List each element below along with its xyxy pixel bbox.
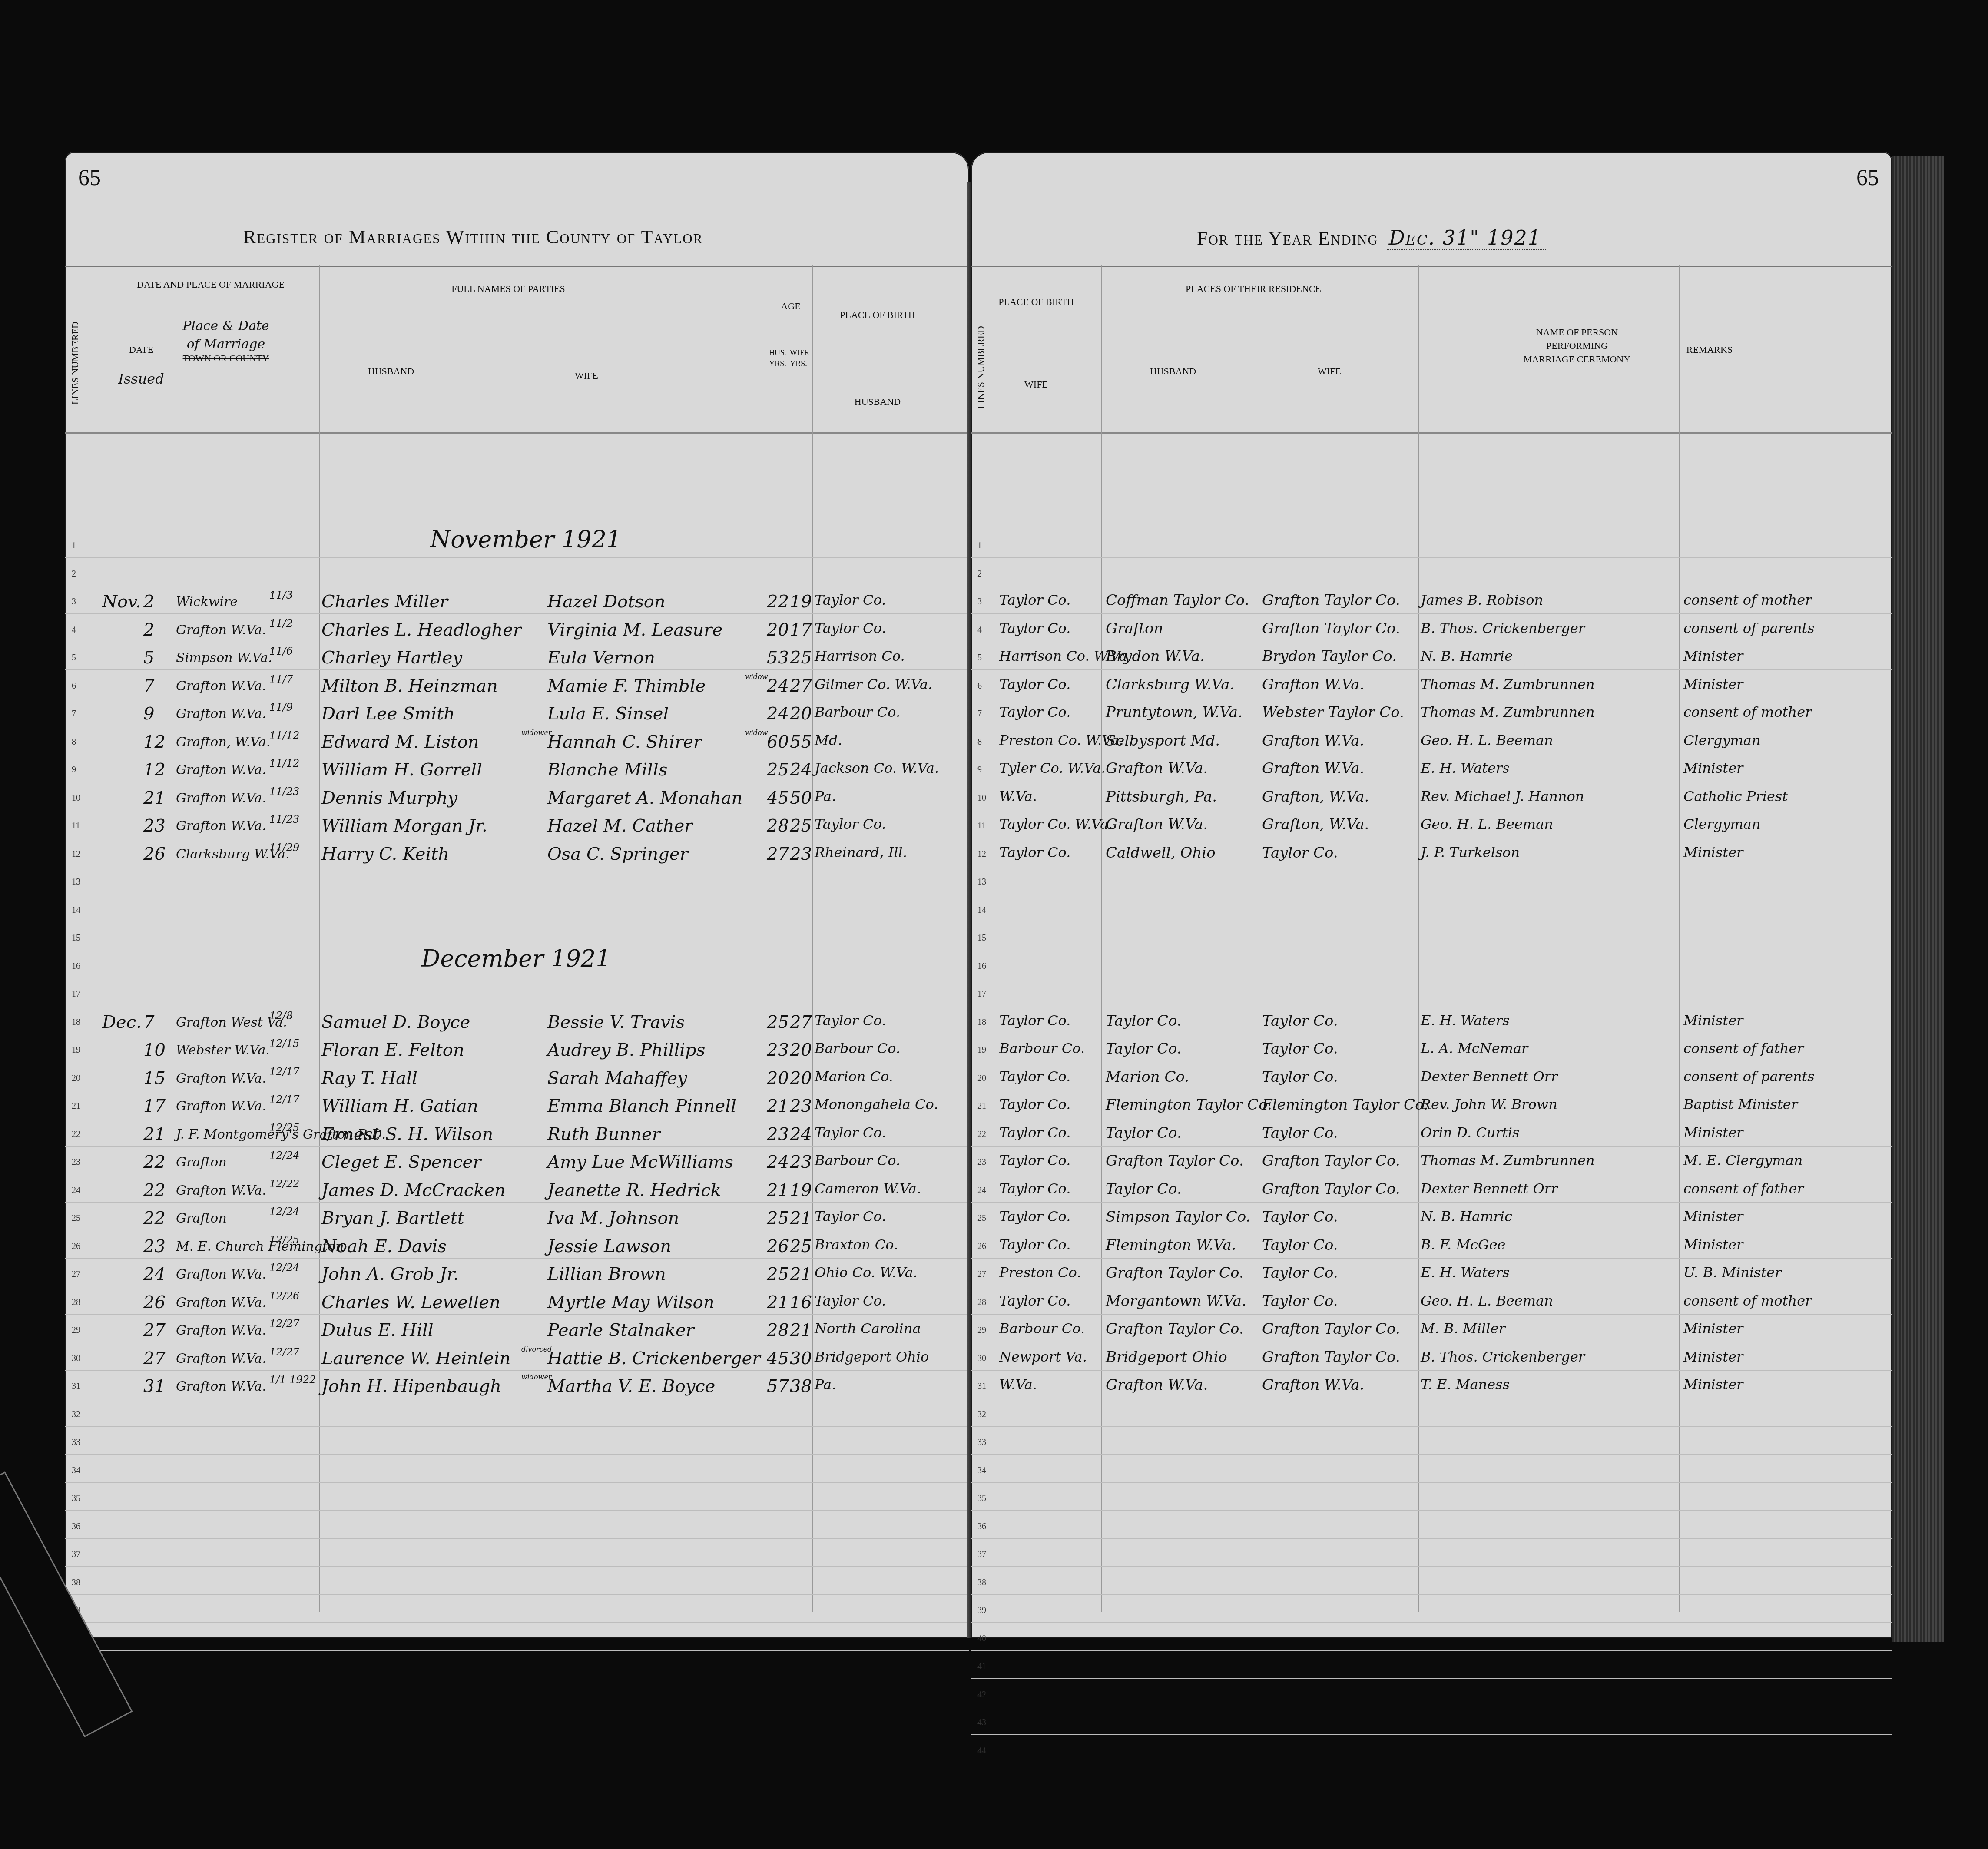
right-line-number: 39 (977, 1606, 986, 1616)
right-ruled-line: 31 (971, 1373, 1892, 1400)
left-line-number: 33 (72, 1438, 80, 1448)
left-line-number: 21 (72, 1101, 80, 1111)
right-lines-numbered-header: Lines Numbered (974, 326, 992, 409)
place-of-birth-wife-group-header: Place of Birth (997, 295, 1075, 309)
right-ruled-line: 32 (971, 1401, 1892, 1428)
right-header-band (971, 265, 1892, 434)
left-line-number: 19 (72, 1045, 80, 1055)
right-line-number: 17 (977, 989, 986, 999)
left-line-number: 8 (72, 737, 76, 747)
right-line-number: 32 (977, 1410, 986, 1420)
left-ruled-line: 22 (65, 1121, 969, 1148)
right-line-number: 35 (977, 1494, 986, 1504)
left-ruled-line: 37 (65, 1541, 969, 1568)
age-header: Age (773, 300, 808, 313)
right-line-number: 26 (977, 1242, 986, 1252)
right-line-number: 11 (977, 821, 986, 831)
right-ruled-line: 12 (971, 841, 1892, 868)
right-ruled-line: 11 (971, 812, 1892, 839)
right-line-number: 21 (977, 1101, 986, 1111)
left-line-number: 37 (72, 1550, 80, 1560)
right-page-number: 65 (1856, 165, 1879, 191)
left-line-number: 22 (72, 1130, 80, 1140)
place-of-birth-husband-header: Husband (821, 395, 934, 409)
left-line-number: 31 (72, 1382, 80, 1392)
left-line-number: 9 (72, 765, 76, 775)
book-page-edges (1892, 156, 1944, 1642)
date-header: Date (106, 343, 176, 357)
right-ruled-line: 9 (971, 756, 1892, 783)
right-ruled-line: 41 (971, 1653, 1892, 1680)
left-line-number: 29 (72, 1325, 80, 1335)
right-ruled-line: 40 (971, 1625, 1892, 1652)
left-line-number: 27 (72, 1269, 80, 1279)
right-ruled-line: 29 (971, 1317, 1892, 1344)
right-line-number: 9 (977, 765, 982, 775)
left-line-number: 32 (72, 1410, 80, 1420)
right-line-number: 19 (977, 1045, 986, 1055)
left-ruled-line: 18 (65, 1009, 969, 1036)
left-line-number: 1 (72, 541, 76, 551)
right-line-number: 5 (977, 653, 982, 663)
right-line-number: 10 (977, 793, 986, 803)
right-ruled-line: 28 (971, 1289, 1892, 1316)
right-line-number: 41 (977, 1662, 986, 1672)
place-date-note: Place & Date of Marriage (182, 317, 269, 354)
residence-husband-header: Husband (1119, 365, 1227, 378)
left-ruled-line: 14 (65, 897, 969, 924)
age-husband-header: Hus. Yrs. (769, 348, 786, 369)
right-ruled-line: 21 (971, 1093, 1892, 1120)
left-line-number: 14 (72, 905, 80, 915)
left-line-number: 25 (72, 1213, 80, 1223)
left-line-number: 16 (72, 961, 80, 971)
left-line-number: 13 (72, 877, 80, 887)
left-line-number: 26 (72, 1242, 80, 1252)
left-line-number: 28 (72, 1298, 80, 1308)
left-ruled-line: 5 (65, 644, 969, 671)
right-line-number: 12 (977, 849, 986, 859)
left-ruled-line: 31 (65, 1373, 969, 1400)
right-ruled-line: 22 (971, 1121, 1892, 1148)
wife-name-header: Wife (521, 369, 652, 383)
left-ruled-line: 9 (65, 756, 969, 783)
right-line-number: 28 (977, 1298, 986, 1308)
right-line-number: 27 (977, 1269, 986, 1279)
left-ruled-line: 13 (65, 868, 969, 895)
year-ending-label: For the Year Ending (1197, 228, 1378, 249)
left-line-number: 5 (72, 653, 76, 663)
right-ruled-line: 14 (971, 897, 1892, 924)
left-line-number: 34 (72, 1466, 80, 1476)
right-line-number: 20 (977, 1074, 986, 1084)
right-ruled-line: 24 (971, 1177, 1892, 1204)
husband-name-header: Husband (326, 365, 456, 378)
left-ruled-line: 40 (65, 1625, 969, 1652)
right-ruled-line: 39 (971, 1597, 1892, 1624)
left-line-number: 15 (72, 933, 80, 943)
right-ruled-line: 34 (971, 1457, 1892, 1484)
right-line-number: 37 (977, 1550, 986, 1560)
right-ruled-line: 6 (971, 673, 1892, 699)
right-line-number: 18 (977, 1017, 986, 1027)
left-ruled-line: 28 (65, 1289, 969, 1316)
residence-wife-header: Wife (1275, 365, 1384, 378)
left-line-number: 35 (72, 1494, 80, 1504)
town-county-struck-header: Town or County (182, 352, 269, 365)
left-ruled-line: 8 (65, 729, 969, 756)
left-ruled-line: 12 (65, 841, 969, 868)
right-ruled-line: 10 (971, 785, 1892, 812)
left-ruled-line: 35 (65, 1485, 969, 1512)
right-ruled-line: 43 (971, 1709, 1892, 1736)
right-line-number: 30 (977, 1354, 986, 1364)
left-ruled-line: 1 (65, 532, 969, 559)
left-line-number: 23 (72, 1157, 80, 1167)
right-ruled-line: 38 (971, 1569, 1892, 1596)
right-ruled-line: 3 (971, 588, 1892, 615)
right-ruled-line: 42 (971, 1681, 1892, 1708)
right-line-number: 36 (977, 1522, 986, 1532)
right-ruled-line: 16 (971, 953, 1892, 980)
left-ruled-line: 24 (65, 1177, 969, 1204)
right-line-number: 13 (977, 877, 986, 887)
right-line-number: 24 (977, 1186, 986, 1196)
right-ruled-line: 7 (971, 700, 1892, 727)
left-line-number: 2 (72, 569, 76, 579)
year-ending-value: Dec. 31" 1921 (1385, 226, 1546, 250)
place-of-birth-header: Place of Birth (821, 308, 934, 322)
right-line-number: 43 (977, 1718, 986, 1728)
left-ruled-line: 27 (65, 1261, 969, 1288)
right-ruled-line: 36 (971, 1513, 1892, 1540)
right-line-number: 1 (977, 541, 982, 551)
date-issued-note: Issued (106, 369, 176, 389)
left-line-number: 20 (72, 1074, 80, 1084)
left-ruled-line: 19 (65, 1037, 969, 1064)
left-line-number: 11 (72, 821, 80, 831)
right-line-number: 31 (977, 1382, 986, 1392)
left-line-number: 3 (72, 597, 76, 607)
right-ruled-line: 1 (971, 532, 1892, 559)
right-line-number: 34 (977, 1466, 986, 1476)
right-line-number: 6 (977, 681, 982, 691)
right-line-number: 33 (977, 1438, 986, 1448)
left-line-number: 24 (72, 1186, 80, 1196)
right-line-number: 7 (977, 709, 982, 719)
left-line-number: 18 (72, 1017, 80, 1027)
right-ruled-line: 37 (971, 1541, 1892, 1568)
lines-numbered-header: Lines Numbered (69, 321, 86, 404)
right-line-number: 16 (977, 961, 986, 971)
right-line-number: 14 (977, 905, 986, 915)
register-title: Register of Marriages Within the County … (243, 226, 703, 248)
left-ruled-line: 23 (65, 1149, 969, 1176)
right-line-number: 42 (977, 1690, 986, 1700)
right-ruled-line: 23 (971, 1149, 1892, 1176)
left-ruled-line: 34 (65, 1457, 969, 1484)
left-line-number: 4 (72, 625, 76, 635)
left-ruled-line: 38 (65, 1569, 969, 1596)
left-ruled-line: 33 (65, 1429, 969, 1456)
date-place-header: Date and Place of Marriage (117, 278, 304, 292)
age-wife-header: Wife Yrs. (790, 348, 807, 369)
left-line-number: 17 (72, 989, 80, 999)
right-line-number: 25 (977, 1213, 986, 1223)
right-ruled-line: 35 (971, 1485, 1892, 1512)
right-ruled-line: 13 (971, 868, 1892, 895)
year-ending-title: For the Year EndingDec. 31" 1921 (1197, 226, 1546, 249)
left-line-number: 38 (72, 1578, 80, 1588)
left-line-number: 30 (72, 1354, 80, 1364)
left-ruled-line: 29 (65, 1317, 969, 1344)
right-ruled-line: 30 (971, 1345, 1892, 1372)
left-line-number: 10 (72, 793, 80, 803)
left-ruled-line: 7 (65, 700, 969, 727)
left-line-number: 6 (72, 681, 76, 691)
right-line-number: 8 (977, 737, 982, 747)
left-ruled-line: 20 (65, 1065, 969, 1092)
right-ruled-line: 8 (971, 729, 1892, 756)
right-line-number: 15 (977, 933, 986, 943)
left-ruled-line: 36 (65, 1513, 969, 1540)
right-ruled-line: 4 (971, 616, 1892, 643)
right-ruled-line: 20 (971, 1065, 1892, 1092)
left-ruled-line: 32 (65, 1401, 969, 1428)
right-line-number: 23 (977, 1157, 986, 1167)
left-ruled-line: 6 (65, 673, 969, 699)
right-line-number: 40 (977, 1634, 986, 1644)
left-ruled-line: 17 (65, 981, 969, 1007)
left-ruled-line: 25 (65, 1205, 969, 1232)
place-of-birth-wife-header: Wife (997, 378, 1075, 391)
right-ruled-line: 2 (971, 560, 1892, 587)
left-ruled-line: 39 (65, 1597, 969, 1624)
left-ruled-line: 26 (65, 1233, 969, 1260)
right-line-number: 3 (977, 597, 982, 607)
residence-header: Places of Their Residence (1145, 282, 1362, 296)
right-ruled-line: 33 (971, 1429, 1892, 1456)
left-ruled-line: 15 (65, 924, 969, 951)
left-ruled-line: 21 (65, 1093, 969, 1120)
left-ruled-line: 30 (65, 1345, 969, 1372)
left-ruled-line: 3 (65, 588, 969, 615)
left-ruled-line: 11 (65, 812, 969, 839)
right-ledger-page: 65 For the Year EndingDec. 31" 1921 Line… (971, 152, 1892, 1638)
left-ledger-page: 65 Register of Marriages Within the Coun… (65, 152, 969, 1638)
right-ruled-line: 44 (971, 1737, 1892, 1764)
right-line-number: 38 (977, 1578, 986, 1588)
right-ruled-line: 17 (971, 981, 1892, 1007)
left-ruled-line: 16 (65, 953, 969, 980)
right-line-number: 4 (977, 625, 982, 635)
right-ruled-line: 25 (971, 1205, 1892, 1232)
left-line-number: 36 (72, 1522, 80, 1532)
left-ruled-line: 10 (65, 785, 969, 812)
left-ruled-line: 4 (65, 616, 969, 643)
right-line-number: 2 (977, 569, 982, 579)
right-ruled-line: 18 (971, 1009, 1892, 1036)
left-line-number: 12 (72, 849, 80, 859)
full-names-header: Full Names of Parties (378, 282, 639, 296)
left-line-number: 7 (72, 709, 76, 719)
right-ruled-line: 27 (971, 1261, 1892, 1288)
right-line-number: 22 (977, 1130, 986, 1140)
right-line-number: 44 (977, 1746, 986, 1756)
right-ruled-line: 26 (971, 1233, 1892, 1260)
left-page-number: 65 (78, 165, 101, 191)
left-ruled-line: 2 (65, 560, 969, 587)
officiant-header: Name of Person Performing Marriage Cerem… (1523, 326, 1631, 366)
right-ruled-line: 15 (971, 924, 1892, 951)
right-line-number: 29 (977, 1325, 986, 1335)
right-ruled-line: 5 (971, 644, 1892, 671)
right-ruled-line: 19 (971, 1037, 1892, 1064)
